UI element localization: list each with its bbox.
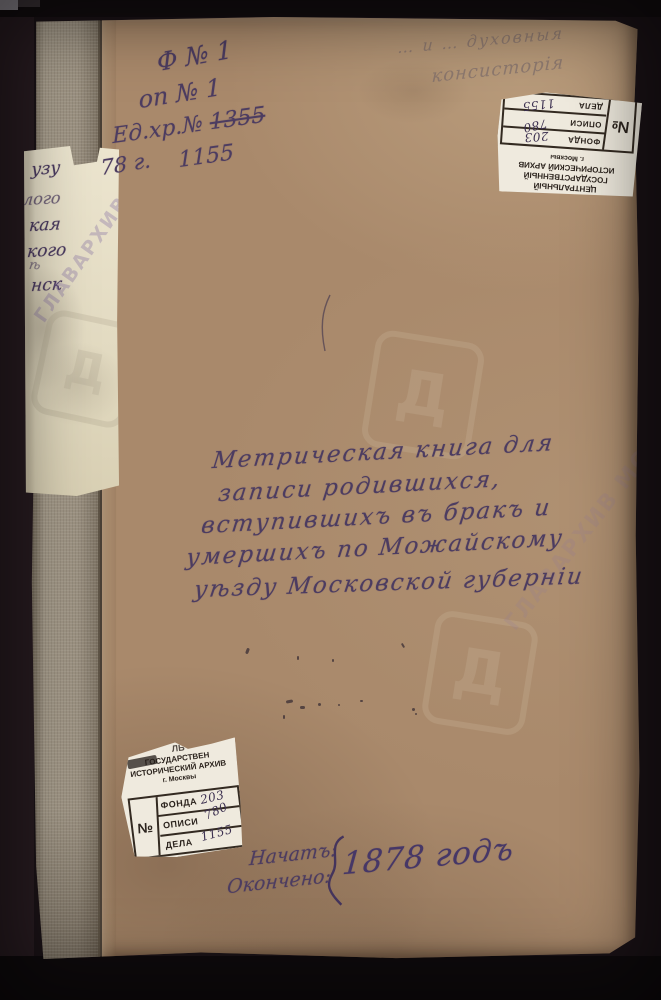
stamp-row-value: 1155 xyxy=(522,97,556,114)
ink-speck xyxy=(415,713,417,715)
ink-speck xyxy=(332,659,334,662)
archive-stamp: ЦЕНТРАЛЬНЫЙ ГОСУДАРСТВЕННЫЙ ИСТОРИЧЕСКИЙ… xyxy=(494,89,643,201)
ink-speck xyxy=(412,708,415,711)
ink-speck xyxy=(338,704,340,706)
label-row-label: ФОНДА xyxy=(160,796,198,810)
background-bottom xyxy=(0,956,661,1000)
ink-speck xyxy=(360,700,363,702)
label-fragment: ѣ xyxy=(28,258,42,273)
photo-corner-patch-dark xyxy=(18,0,40,7)
stamp-row-label: ДЕЛА xyxy=(578,101,603,112)
ink-speck xyxy=(283,715,285,719)
label-row-label: ОПИСИ xyxy=(162,816,198,830)
archive-photo: Д Д ГЛАВАРХИВ МОСКВЫ Ф № 1 оп № 1 Ед.хр.… xyxy=(0,0,661,1000)
ink-speck xyxy=(300,706,305,709)
background-top xyxy=(0,0,661,17)
label-table: № ФОНДА 203 ОПИСИ 780 ДЕЛА 1155 xyxy=(128,785,247,860)
label-fragment: лого xyxy=(22,188,61,209)
stamp-row-label: ОПИСИ xyxy=(570,118,602,129)
label-fragment: узу xyxy=(31,158,61,180)
photo-corner-patch xyxy=(0,0,18,10)
label-row-label: ДЕЛА xyxy=(165,837,193,850)
stamp-row-label: ФОНДА xyxy=(567,135,600,146)
label-fragment: кая xyxy=(28,214,61,236)
side-paper-label: узу лого кая кого ѣ нск ГЛАВАРХИВ МОСКВЫ… xyxy=(24,146,120,496)
ink-speck xyxy=(297,656,299,660)
background-left xyxy=(0,0,34,1000)
ink-speck xyxy=(318,703,321,706)
ink-stroke xyxy=(316,293,336,355)
number-sign: № xyxy=(602,100,637,152)
